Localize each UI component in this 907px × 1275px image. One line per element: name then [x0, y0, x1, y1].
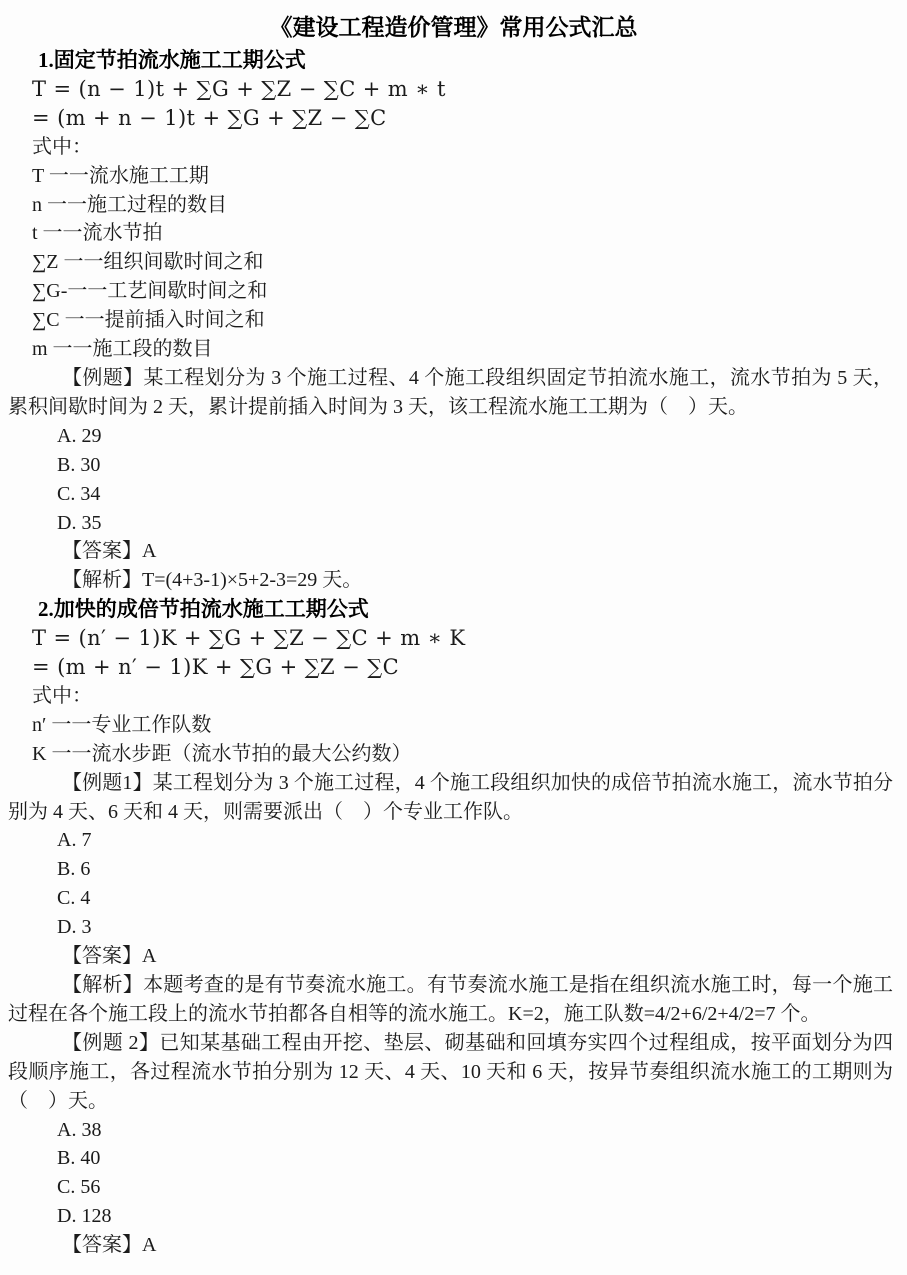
option-line: D. 128	[57, 1202, 907, 1231]
section-accelerated-rhythm: 2.加快的成倍节拍流水施工工期公式 T = (n′ − 1)K + ∑G + ∑…	[0, 595, 907, 1260]
option-line: A. 38	[57, 1116, 907, 1145]
answer-line: 【答案】A	[8, 942, 893, 971]
document-page: 《建设工程造价管理》常用公式汇总 1.固定节拍流水施工工期公式 T = (n −…	[0, 0, 907, 1275]
formula-line: T = (n − 1)t + ∑G + ∑Z − ∑C + m ∗ t	[32, 75, 907, 104]
formula-line: T = (n′ − 1)K + ∑G + ∑Z − ∑C + m ∗ K	[32, 624, 907, 653]
formula-line: = (m + n − 1)t + ∑G + ∑Z − ∑C	[32, 104, 907, 133]
definition-line: ∑C 一一提前插入时间之和	[32, 306, 907, 335]
example-paragraph: 【例题1】某工程划分为 3 个施工过程，4 个施工段组织加快的成倍节拍流水施工，…	[8, 769, 893, 827]
example-paragraph: 【例题】某工程划分为 3 个施工过程、4 个施工段组织固定节拍流水施工，流水节拍…	[8, 364, 893, 422]
definition-line: ∑Z 一一组织间歇时间之和	[32, 248, 907, 277]
option-line: A. 7	[57, 826, 907, 855]
option-line: D. 35	[57, 509, 907, 538]
page-title: 《建设工程造价管理》常用公式汇总	[0, 10, 907, 46]
section-2-heading: 2.加快的成倍节拍流水施工工期公式	[38, 595, 907, 624]
section-fixed-rhythm: 1.固定节拍流水施工工期公式 T = (n − 1)t + ∑G + ∑Z − …	[0, 46, 907, 595]
definition-line: T 一一流水施工工期	[32, 162, 907, 191]
option-line: C. 34	[57, 480, 907, 509]
option-line: D. 3	[57, 913, 907, 942]
section-1-heading: 1.固定节拍流水施工工期公式	[38, 46, 907, 75]
definition-line: K 一一流水步距（流水节拍的最大公约数）	[32, 740, 907, 769]
definition-line: n 一一施工过程的数目	[32, 191, 907, 220]
answer-line: 【答案】A	[8, 1231, 893, 1260]
where-label: 式中：	[32, 133, 907, 162]
analysis-paragraph: 【解析】本题考查的是有节奏流水施工。有节奏流水施工是指在组织流水施工时，每一个施…	[8, 971, 893, 1029]
definition-line: n′ 一一专业工作队数	[32, 711, 907, 740]
analysis-paragraph: 【解析】T=(4+3-1)×5+2-3=29 天。	[8, 566, 893, 595]
answer-line: 【答案】A	[8, 537, 893, 566]
option-line: B. 30	[57, 451, 907, 480]
formula-line: = (m + n′ − 1)K + ∑G + ∑Z − ∑C	[32, 653, 907, 682]
where-label: 式中：	[32, 682, 907, 711]
definition-line: t 一一流水节拍	[32, 219, 907, 248]
definition-line: ∑G-一一工艺间歇时间之和	[32, 277, 907, 306]
option-line: C. 56	[57, 1173, 907, 1202]
definition-line: m 一一施工段的数目	[32, 335, 907, 364]
example-paragraph: 【例题 2】已知某基础工程由开挖、垫层、砌基础和回填夯实四个过程组成，按平面划分…	[8, 1029, 893, 1116]
option-line: B. 6	[57, 855, 907, 884]
option-line: A. 29	[57, 422, 907, 451]
option-line: B. 40	[57, 1144, 907, 1173]
option-line: C. 4	[57, 884, 907, 913]
